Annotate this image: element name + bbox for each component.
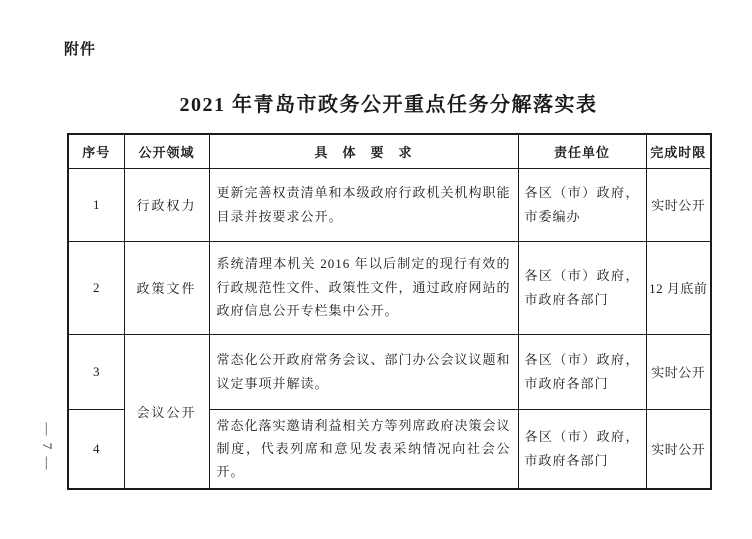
column-header-requirement: 具 体 要 求 [209, 134, 518, 168]
row-1-deadline: 实时公开 [646, 168, 711, 241]
row-4-no: 4 [68, 409, 124, 489]
column-header-deadline: 完成时限 [646, 134, 711, 168]
attachment-label: 附件 [64, 38, 96, 59]
row-4-unit: 各区（市）政府，市政府各部门 [518, 409, 646, 489]
row-2-deadline: 12 月底前 [646, 241, 711, 334]
table-row: 2 政策文件 系统清理本机关 2016 年以后制定的现行有效的行政规范性文件、政… [68, 241, 711, 334]
table-header-row: 序号 公开领域 具 体 要 求 责任单位 完成时限 [68, 134, 711, 168]
page-title: 2021 年青岛市政务公开重点任务分解落实表 [67, 88, 710, 117]
row-1-no: 1 [68, 168, 124, 241]
table-row: 3 会议公开 常态化公开政府常务会议、部门办公会议议题和议定事项并解读。 各区（… [68, 334, 711, 409]
row-3-unit: 各区（市）政府，市政府各部门 [518, 334, 646, 409]
row-4-requirement: 常态化落实邀请利益相关方等列席政府决策会议制度，代表列席和意见发表采纳情况向社会… [209, 409, 518, 489]
row-3-4-area-merged: 会议公开 [124, 334, 209, 489]
column-header-unit: 责任单位 [518, 134, 646, 168]
row-2-no: 2 [68, 241, 124, 334]
row-4-deadline: 实时公开 [646, 409, 711, 489]
row-2-unit: 各区（市）政府，市政府各部门 [518, 241, 646, 334]
row-1-area: 行政权力 [124, 168, 209, 241]
row-3-deadline: 实时公开 [646, 334, 711, 409]
column-header-area: 公开领域 [124, 134, 209, 168]
row-3-requirement: 常态化公开政府常务会议、部门办公会议议题和议定事项并解读。 [209, 334, 518, 409]
column-header-no: 序号 [68, 134, 124, 168]
row-2-requirement: 系统清理本机关 2016 年以后制定的现行有效的行政规范性文件、政策性文件，通过… [209, 241, 518, 334]
row-1-unit: 各区（市）政府，市委编办 [518, 168, 646, 241]
task-table: 序号 公开领域 具 体 要 求 责任单位 完成时限 1 行政权力 更新完善权责清… [67, 133, 712, 490]
row-2-area: 政策文件 [124, 241, 209, 334]
row-3-no: 3 [68, 334, 124, 409]
table-row: 1 行政权力 更新完善权责清单和本级政府行政机关机构职能目录并按要求公开。 各区… [68, 168, 711, 241]
page-number: — 7 — [39, 423, 55, 472]
row-1-requirement: 更新完善权责清单和本级政府行政机关机构职能目录并按要求公开。 [209, 168, 518, 241]
